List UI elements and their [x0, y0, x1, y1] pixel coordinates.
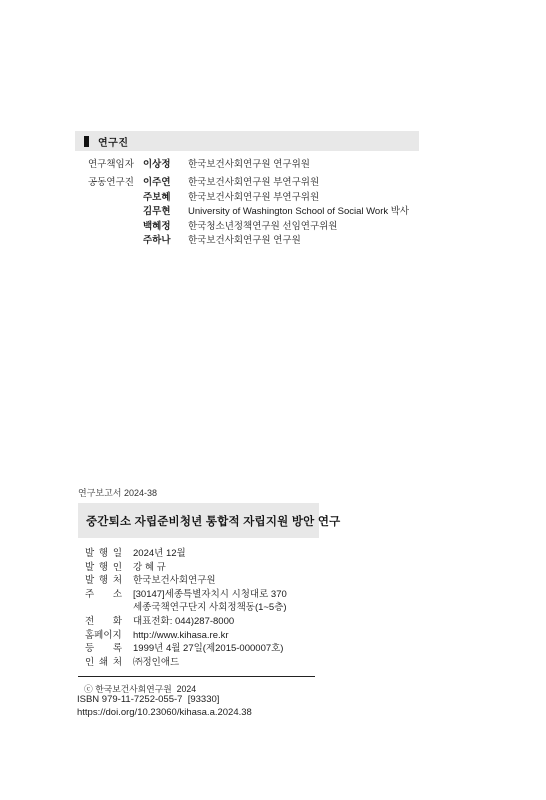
team-section-title: 연구진	[98, 134, 128, 149]
publication-label	[85, 601, 122, 615]
publication-label: 주 소	[85, 588, 122, 602]
publication-value: [30147]세종특별자치시 시청대로 370	[133, 588, 287, 602]
report-series-number: 연구보고서 2024-38	[78, 486, 157, 499]
team-section-header: 연구진	[75, 131, 419, 151]
publication-value: 세종국책연구단지 사회정책동(1~5층)	[133, 601, 287, 615]
isbn-number: ISBN 979-11-7252-055-7 [93330]	[77, 694, 219, 705]
team-member-affiliation: University of Washington School of Socia…	[188, 205, 409, 220]
publication-row: 홈페이지 http://www.kihasa.re.kr	[85, 629, 287, 643]
team-role	[88, 205, 143, 220]
team-role	[88, 191, 143, 206]
publication-value: 1999년 4월 27일(제2015-000007호)	[133, 642, 283, 656]
publication-row: 등 록 1999년 4월 27일(제2015-000007호)	[85, 642, 287, 656]
team-member-affiliation: 한국보건사회연구원 연구위원	[188, 158, 310, 173]
publication-label: 등 록	[85, 642, 122, 656]
publication-value: 강 혜 규	[133, 561, 166, 575]
team-member-affiliation: 한국보건사회연구원 연구원	[188, 234, 301, 249]
publication-row: 발 행 인 강 혜 규	[85, 561, 287, 575]
team-row: 공동연구진 이주연 한국보건사회연구원 부연구위원	[88, 176, 409, 191]
team-member-name: 백혜정	[143, 220, 188, 235]
team-row: 백혜정 한국청소년정책연구원 선임연구위원	[88, 220, 409, 235]
team-row: 주하나 한국보건사회연구원 연구원	[88, 234, 409, 249]
publication-row: 인 쇄 처 ㈜정인애드	[85, 656, 287, 670]
publication-value: 대표전화: 044)287-8000	[133, 615, 234, 629]
publication-info-table: 발 행 일 2024년 12월 발 행 인 강 혜 규 발 행 처 한국보건사회…	[85, 547, 287, 669]
publication-value: ㈜정인애드	[133, 656, 179, 670]
team-member-affiliation: 한국청소년정책연구원 선임연구위원	[188, 220, 337, 235]
team-member-name: 이주연	[143, 176, 188, 191]
team-member-name: 주하나	[143, 234, 188, 249]
team-member-affiliation: 한국보건사회연구원 부연구위원	[188, 176, 319, 191]
team-role: 공동연구진	[88, 176, 143, 191]
publication-label: 발 행 처	[85, 574, 122, 588]
publication-label: 홈페이지	[85, 629, 122, 643]
publication-value: http://www.kihasa.re.kr	[133, 629, 229, 643]
doi-link: https://doi.org/10.23060/kihasa.a.2024.3…	[77, 707, 252, 718]
publication-value: 2024년 12월	[133, 547, 186, 561]
team-role: 연구책임자	[88, 158, 143, 173]
footer-divider	[78, 676, 315, 677]
publication-value: 한국보건사회연구원	[133, 574, 216, 588]
team-role	[88, 220, 143, 235]
publication-row: 세종국책연구단지 사회정책동(1~5층)	[85, 601, 287, 615]
publication-row: 발 행 일 2024년 12월	[85, 547, 287, 561]
team-member-name: 김무현	[143, 205, 188, 220]
publication-label: 발 행 일	[85, 547, 122, 561]
team-role	[88, 234, 143, 249]
team-table: 연구책임자 이상정 한국보건사회연구원 연구위원 공동연구진 이주연 한국보건사…	[88, 158, 409, 249]
report-title: 중간퇴소 자립준비청년 통합적 자립지원 방안 연구	[86, 513, 340, 529]
team-member-name: 이상정	[143, 158, 188, 173]
publication-row: 발 행 처 한국보건사회연구원	[85, 574, 287, 588]
team-member-affiliation: 한국보건사회연구원 부연구위원	[188, 191, 319, 206]
team-member-name: 주보혜	[143, 191, 188, 206]
publication-label: 발 행 인	[85, 561, 122, 575]
report-title-box: 중간퇴소 자립준비청년 통합적 자립지원 방안 연구	[78, 503, 319, 538]
section-marker-icon	[84, 136, 89, 147]
team-row: 연구책임자 이상정 한국보건사회연구원 연구위원	[88, 158, 409, 173]
publication-row: 주 소 [30147]세종특별자치시 시청대로 370	[85, 588, 287, 602]
colophon-page: 연구진 연구책임자 이상정 한국보건사회연구원 연구위원 공동연구진 이주연 한…	[0, 0, 546, 800]
team-row: 주보혜 한국보건사회연구원 부연구위원	[88, 191, 409, 206]
publication-label: 전 화	[85, 615, 122, 629]
team-row: 김무현 University of Washington School of S…	[88, 205, 409, 220]
publication-label: 인 쇄 처	[85, 656, 122, 670]
publication-row: 전 화 대표전화: 044)287-8000	[85, 615, 287, 629]
